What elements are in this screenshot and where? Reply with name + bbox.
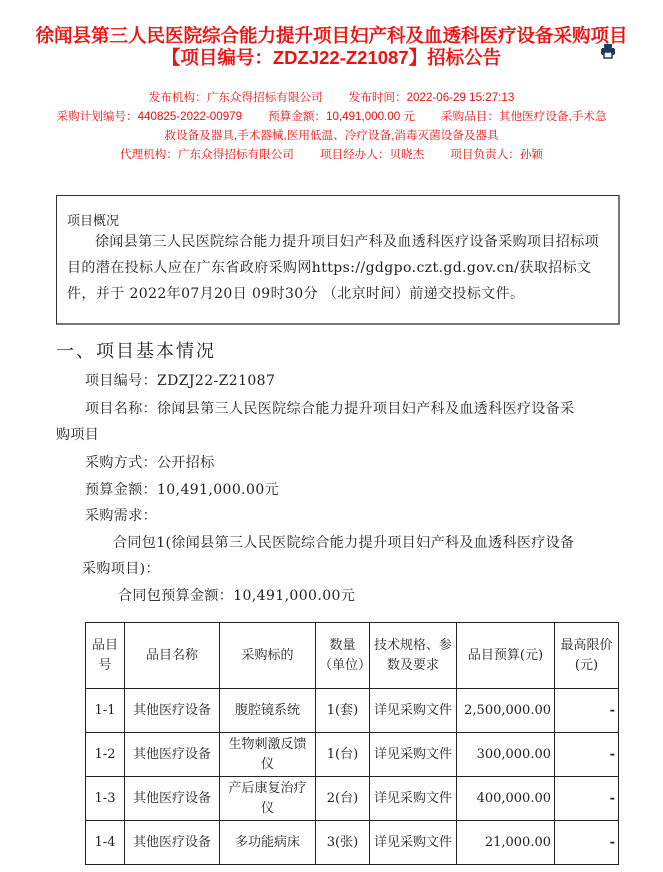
- overview-box: 项目概况 徐闻县第三人民医院综合能力提升项目妇产科及血透科医疗设备采购项目招标项…: [56, 195, 620, 325]
- package: 合同包1(徐闻县第三人民医院综合能力提升项目妇产科及血透科医疗设备: [113, 530, 575, 556]
- printer-icon[interactable]: [600, 43, 616, 59]
- agency: 代理机构：广东众得招标有限公司: [120, 148, 294, 161]
- budget: 预算金额：10,491,000.00元: [85, 477, 279, 503]
- table-header: 品目号 品目名称 采购标的 数量（单位） 技术规格、参数及要求 品目预算(元) …: [86, 623, 619, 689]
- publish-time: 发布时间：2022-06-29 15:27:13: [349, 91, 515, 104]
- project-name-cont: 购项目: [56, 422, 99, 448]
- th: 技术规格、参数及要求: [370, 623, 457, 689]
- th: 品目预算(元): [457, 623, 555, 689]
- overview-text: 徐闻县第三人民医院综合能力提升项目妇产科及血透科医疗设备采购项目招标项目的潜在投…: [67, 229, 607, 307]
- table-row: 1-4其他医疗设备多功能病床3(张)详见采购文件21,000.00-: [86, 821, 619, 865]
- manager: 项目负责人：孙颖: [450, 148, 543, 161]
- meta-budget: 预算金额：10,491,000.00 元: [268, 110, 415, 123]
- method: 采购方式：公开招标: [85, 450, 215, 476]
- package-cont: 采购项目)：: [82, 556, 160, 582]
- project-name: 项目名称：徐闻县第三人民医院综合能力提升项目妇产科及血透科医疗设备采: [85, 396, 575, 422]
- demand: 采购需求：: [85, 503, 157, 529]
- items-table: 品目号 品目名称 采购标的 数量（单位） 技术规格、参数及要求 品目预算(元) …: [85, 622, 619, 865]
- publisher: 发布机构：广东众得招标有限公司: [149, 91, 323, 104]
- th: 数量（单位）: [316, 623, 370, 689]
- section-heading: 一、项目基本情况: [56, 337, 216, 363]
- page-title-line2: 【项目编号：ZDZJ22-Z21087】招标公告: [0, 45, 663, 70]
- project-no: 项目编号：ZDZJ22-Z21087: [85, 368, 275, 394]
- th: 品目名称: [125, 623, 220, 689]
- category: 采购品目：其他医疗设备,手术急: [441, 110, 607, 123]
- plan-no: 采购计划编号：440825-2022-00979: [56, 110, 242, 123]
- category-cont: 救设备及器具,手术器械,医用低温、冷疗设备,消毒灭菌设备及器具: [0, 126, 663, 145]
- meta-row-2: 采购计划编号：440825-2022-00979预算金额：10,491,000.…: [0, 107, 663, 126]
- th: 采购标的: [220, 623, 316, 689]
- th: 最高限价(元): [555, 623, 619, 689]
- package-budget: 合同包预算金额：10,491,000.00元: [118, 583, 355, 609]
- meta-row-4: 代理机构：广东众得招标有限公司项目经办人：贝晓杰项目负责人：孙颖: [0, 145, 663, 164]
- table-row: 1-2其他医疗设备生物刺激反馈仪1(台)详见采购文件300,000.00-: [86, 733, 619, 777]
- th: 品目号: [86, 623, 125, 689]
- handler: 项目经办人：贝晓杰: [320, 148, 424, 161]
- table-row: 1-3其他医疗设备产后康复治疗仪2(台)详见采购文件400,000.00-: [86, 777, 619, 821]
- table-row: 1-1其他医疗设备腹腔镜系统1(套)详见采购文件2,500,000.00-: [86, 689, 619, 733]
- overview-heading: 项目概况: [67, 210, 119, 229]
- meta-row-1: 发布机构：广东众得招标有限公司发布时间：2022-06-29 15:27:13: [0, 88, 663, 107]
